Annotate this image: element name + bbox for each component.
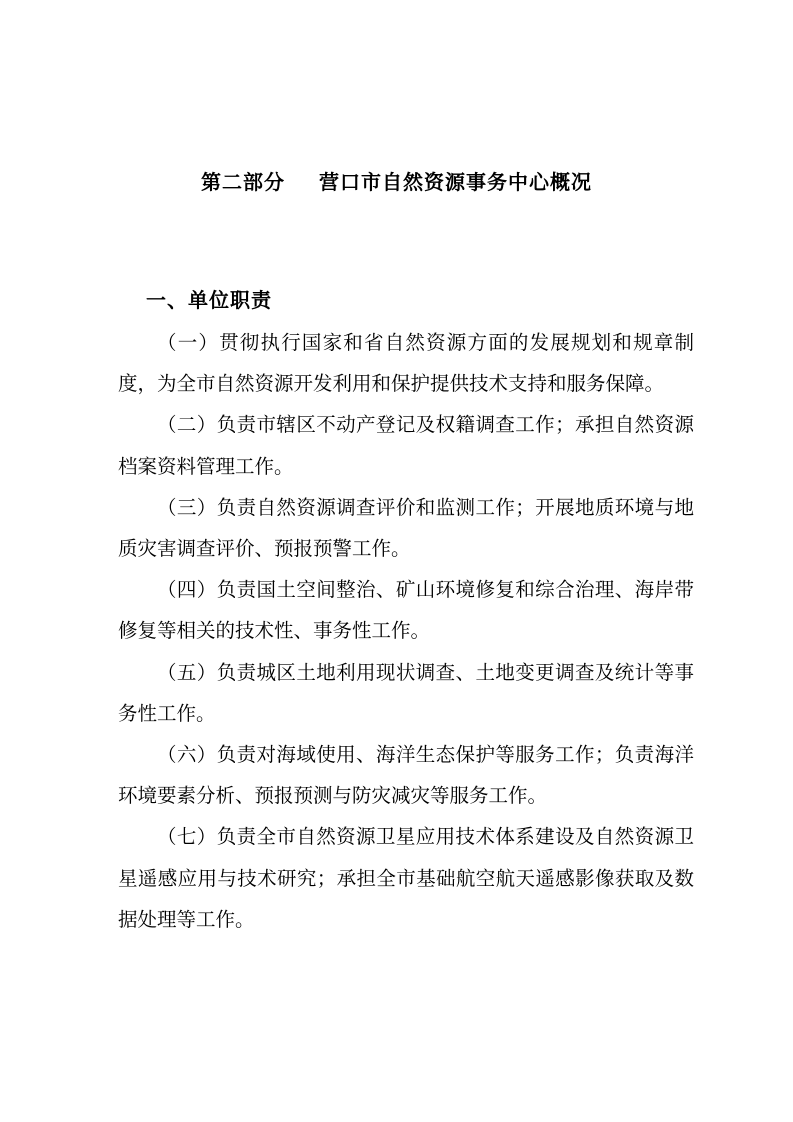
paragraph-3: （三）负责自然资源调查评价和监测工作；开展地质环境与地质灾害调查评价、预报预警工… xyxy=(118,487,694,569)
part-number: 第二部分 xyxy=(201,170,285,194)
part-title: 第二部分营口市自然资源事务中心概况 xyxy=(0,166,793,195)
paragraph-2: （二）负责市辖区不动产登记及权籍调查工作；承担自然资源档案资料管理工作。 xyxy=(118,404,694,486)
responsibilities-body: （一）贯彻执行国家和省自然资源方面的发展规划和规章制度，为全市自然资源开发利用和… xyxy=(118,322,694,940)
document-page: 第二部分营口市自然资源事务中心概况 一、单位职责 （一）贯彻执行国家和省自然资源… xyxy=(0,0,793,1122)
part-name: 营口市自然资源事务中心概况 xyxy=(319,170,592,194)
paragraph-7: （七）负责全市自然资源卫星应用技术体系建设及自然资源卫星遥感应用与技术研究；承担… xyxy=(118,816,694,940)
paragraph-6: （六）负责对海域使用、海洋生态保护等服务工作；负责海洋环境要素分析、预报预测与防… xyxy=(118,734,694,816)
paragraph-4: （四）负责国土空间整治、矿山环境修复和综合治理、海岸带修复等相关的技术性、事务性… xyxy=(118,569,694,651)
section-heading: 一、单位职责 xyxy=(146,284,272,313)
paragraph-1: （一）贯彻执行国家和省自然资源方面的发展规划和规章制度，为全市自然资源开发利用和… xyxy=(118,322,694,404)
paragraph-5: （五）负责城区土地利用现状调查、土地变更调查及统计等事务性工作。 xyxy=(118,652,694,734)
